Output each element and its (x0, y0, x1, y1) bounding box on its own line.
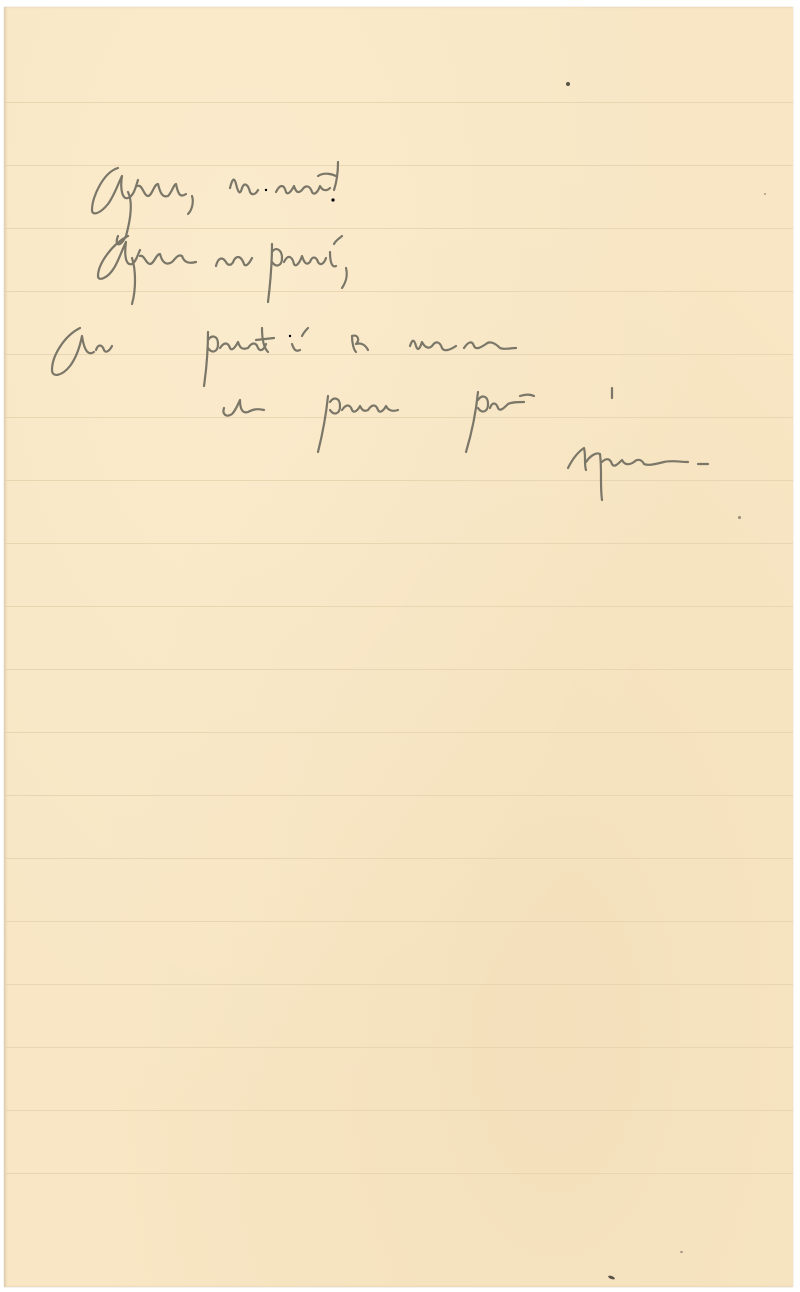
handwriting-line-3 (52, 328, 516, 386)
handwriting-line-2 (98, 236, 347, 304)
handwriting (0, 0, 800, 1292)
handwriting-line-1 (92, 162, 338, 244)
handwriting-line-4 (223, 388, 612, 452)
signature (568, 448, 708, 500)
